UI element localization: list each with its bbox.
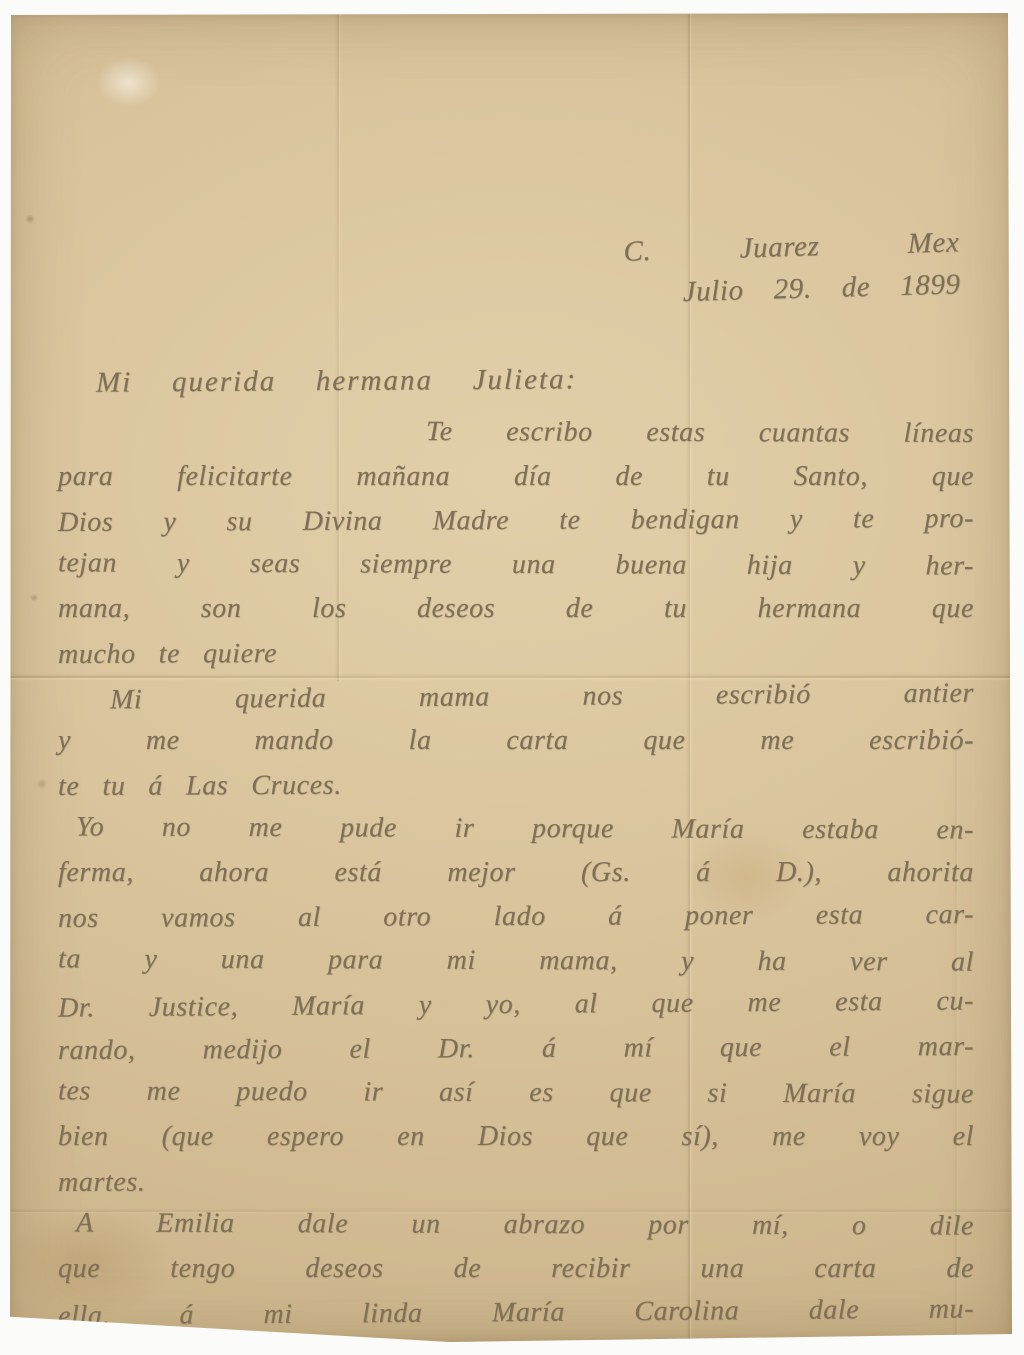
letter-line: Mi querida mama nos escribió antier: [110, 672, 974, 723]
letter-line: bien (que espero en Dios que sí), me voy…: [58, 1115, 974, 1159]
letter-line: ferma, ahora está mejor (Gs. á D.), ahor…: [58, 851, 974, 895]
dateline: C. Juarez Mex Julio 29. de 1899: [623, 226, 961, 310]
dateline-place: C. Juarez Mex: [623, 226, 960, 268]
letter-line: tes me puedo ir así es que si María sigu…: [58, 1069, 974, 1116]
letter-line: ta y una para mi mama, y ha ver al: [58, 937, 974, 984]
letter-line: te tu á Las Cruces.: [58, 761, 974, 809]
letter-line: Yo no me pude ir porque María estaba en-: [76, 805, 974, 852]
letter-line: Te escribo estas cuantas líneas: [426, 410, 974, 456]
letter-line: A Emilia dale un abrazo por mí, o dile: [76, 1201, 974, 1248]
letter-line: que tengo deseos de recibir una carta de: [58, 1247, 974, 1291]
letter-line: nos vamos al otro lado á poner esta car-: [58, 893, 974, 941]
letter-line: tejan y seas siempre una buena hija y he…: [58, 541, 974, 588]
letter-line: ella, á mi linda María Carolina dale mu-: [58, 1287, 974, 1338]
letter-paper: C. Juarez Mex Julio 29. de 1899 Mi queri…: [8, 13, 1012, 1342]
letter-body: Te escribo estas cuantas líneaspara feli…: [58, 411, 974, 1335]
dateline-date: Julio 29. de 1899: [682, 268, 961, 309]
letter-line: para felicitarte mañana día de tu Santo,…: [58, 455, 974, 499]
salutation: Mi querida hermana Julieta:: [96, 363, 577, 399]
letter-line: y me mando la carta que me escribió-: [58, 719, 974, 763]
letter-line: Dios y su Divina Madre te bendigan y te …: [58, 497, 974, 545]
letter-line: martes.: [58, 1157, 974, 1205]
letter-line: Dr. Justice, María y yo, al que me esta …: [58, 979, 974, 1030]
scan-background: { "letter": { "kind": "handwritten-lette…: [0, 0, 1024, 1355]
letter-line: mucho te quiere: [58, 629, 974, 677]
letter-line: rando, medijo el Dr. á mí que el mar-: [58, 1025, 974, 1073]
letter-line: mana, son los deseos de tu hermana que: [58, 587, 974, 631]
